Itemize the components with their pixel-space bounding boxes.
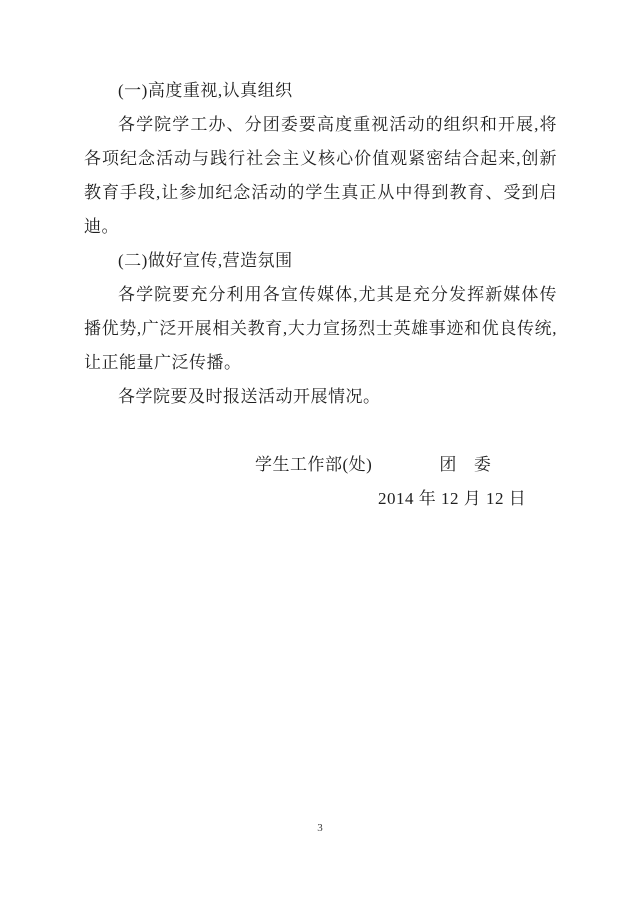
youth-league-char-2: 委	[474, 455, 492, 474]
paragraph-organize: 各学院学工办、分团委要高度重视活动的组织和开展,将各项纪念活动与践行社会主义核心…	[84, 108, 557, 244]
youth-league-char-1: 团	[439, 455, 457, 474]
signature-orgs-line: 学生工作部(处)团委	[84, 448, 557, 482]
section-heading-1: (一)高度重视,认真组织	[84, 74, 557, 108]
paragraph-reporting: 各学院要及时报送活动开展情况。	[84, 380, 557, 414]
signature-org-student-affairs: 学生工作部(处)	[255, 455, 372, 474]
paragraph-publicity: 各学院要充分利用各宣传媒体,尤其是充分发挥新媒体传播优势,广泛开展相关教育,大力…	[84, 278, 557, 380]
signature-org-youth-league: 团委	[439, 455, 491, 474]
section-heading-2: (二)做好宣传,营造氛围	[84, 244, 557, 278]
signature-date: 2014 年 12 月 12 日	[84, 482, 557, 516]
page-number: 3	[0, 822, 640, 834]
document-body: (一)高度重视,认真组织 各学院学工办、分团委要高度重视活动的组织和开展,将各项…	[84, 74, 557, 516]
document-page: (一)高度重视,认真组织 各学院学工办、分团委要高度重视活动的组织和开展,将各项…	[0, 0, 640, 905]
signature-block: 学生工作部(处)团委 2014 年 12 月 12 日	[84, 448, 557, 516]
